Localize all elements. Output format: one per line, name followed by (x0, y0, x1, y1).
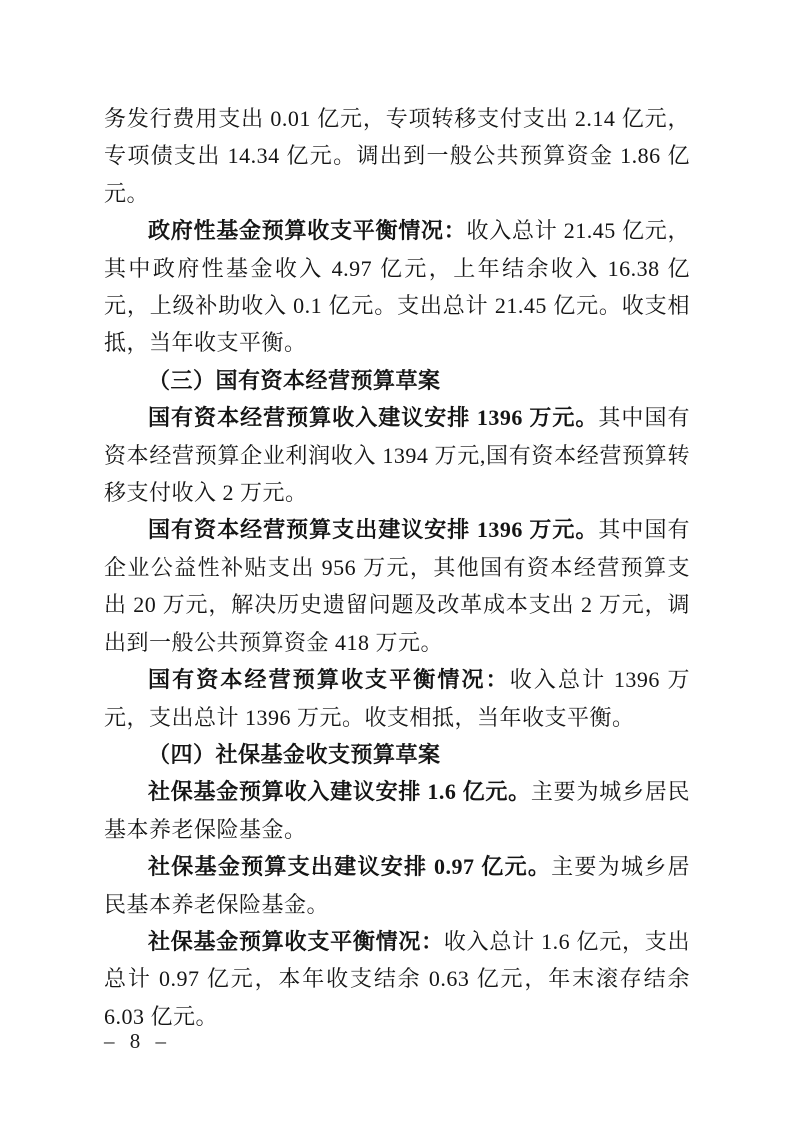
paragraph-lead-bold: 社保基金预算支出建议安排 0.97 亿元。 (148, 854, 551, 879)
paragraph-lead-bold: 政府性基金预算收支平衡情况： (148, 218, 466, 243)
paragraph-lead-bold: 国有资本经营预算收支平衡情况： (148, 667, 510, 692)
paragraph-social-security-income: 社保基金预算收入建议安排 1.6 亿元。主要为城乡居民基本养老保险基金。 (104, 773, 690, 848)
paragraph-lead-bold: 国有资本经营预算支出建议安排 1396 万元。 (148, 517, 598, 542)
paragraph-govfund-balance: 政府性基金预算收支平衡情况：收入总计 21.45 亿元，其中政府性基金收入 4.… (104, 212, 690, 362)
document-body: 务发行费用支出 0.01 亿元，专项转移支付支出 2.14 亿元，专项债支出 1… (104, 100, 690, 1035)
paragraph-social-security-balance: 社保基金预算收支平衡情况：收入总计 1.6 亿元，支出总计 0.97 亿元，本年… (104, 923, 690, 1035)
paragraph-text: 务发行费用支出 0.01 亿元，专项转移支付支出 2.14 亿元，专项债支出 1… (104, 106, 690, 206)
paragraph-social-security-expense: 社保基金预算支出建议安排 0.97 亿元。主要为城乡居民基本养老保险基金。 (104, 848, 690, 923)
paragraph-state-capital-income: 国有资本经营预算收入建议安排 1396 万元。其中国有资本经营预算企业利润收入 … (104, 399, 690, 511)
paragraph-continuation: 务发行费用支出 0.01 亿元，专项转移支付支出 2.14 亿元，专项债支出 1… (104, 100, 690, 212)
section-heading-text: （四）社保基金收支预算草案 (148, 742, 441, 767)
section-heading-text: （三）国有资本经营预算草案 (148, 368, 441, 393)
document-page: 务发行费用支出 0.01 亿元，专项转移支付支出 2.14 亿元，专项债支出 1… (0, 0, 793, 1122)
section-heading-state-capital: （三）国有资本经营预算草案 (104, 362, 690, 399)
paragraph-lead-bold: 国有资本经营预算收入建议安排 1396 万元。 (148, 405, 598, 430)
paragraph-state-capital-balance: 国有资本经营预算收支平衡情况：收入总计 1396 万元，支出总计 1396 万元… (104, 661, 690, 736)
page-number: – 8 – (104, 1028, 171, 1054)
paragraph-lead-bold: 社保基金预算收支平衡情况： (148, 929, 444, 954)
section-heading-social-security: （四）社保基金收支预算草案 (104, 736, 690, 773)
paragraph-lead-bold: 社保基金预算收入建议安排 1.6 亿元。 (148, 779, 531, 804)
paragraph-state-capital-expense: 国有资本经营预算支出建议安排 1396 万元。其中国有企业公益性补贴支出 956… (104, 511, 690, 661)
